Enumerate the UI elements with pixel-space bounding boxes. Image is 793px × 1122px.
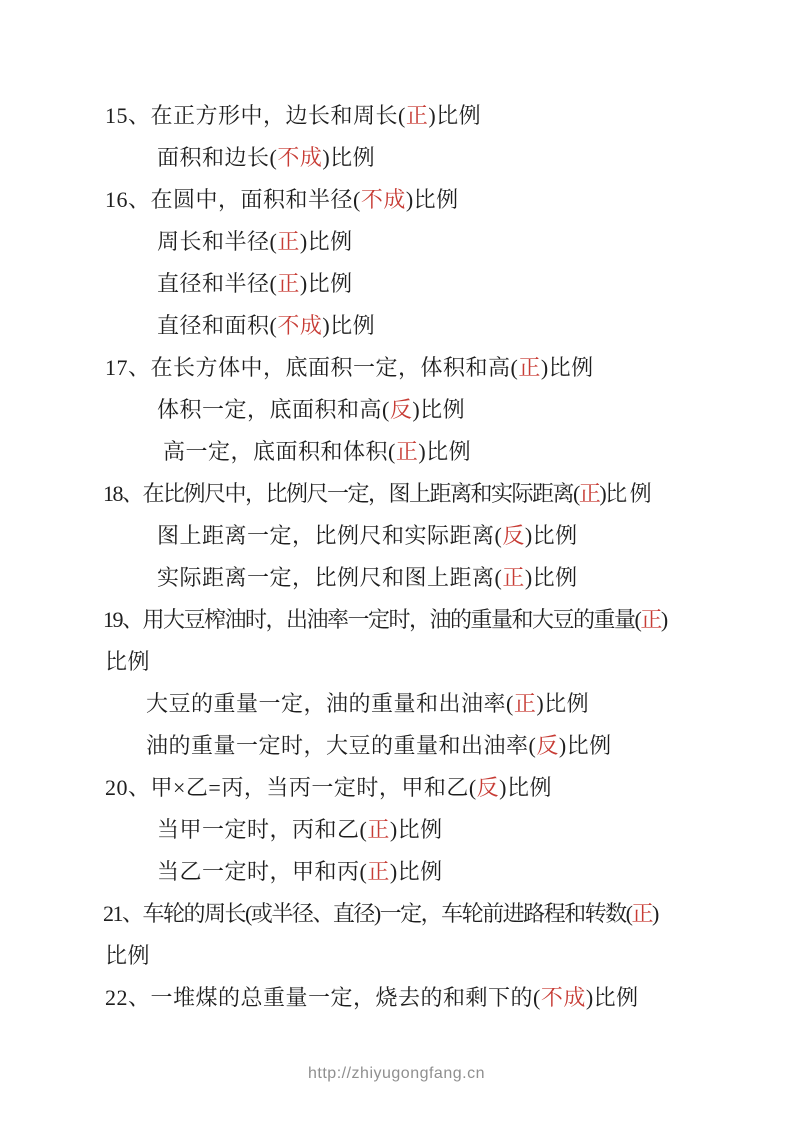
answer-text: 正	[277, 271, 300, 296]
text-line: 当甲一定时，丙和乙(正)比例	[157, 809, 753, 851]
statement-text: )比例	[300, 271, 353, 296]
footer-watermark-url: http://zhiyugongfang.cn	[0, 1062, 793, 1086]
text-line: 直径和半径(正)比例	[157, 263, 753, 305]
statement-text: 19、用大豆榨油时，出油率一定时，油的重量和大豆的重量(	[103, 607, 640, 632]
text-line: 大豆的重量一定，油的重量和出油率(正)比例	[146, 683, 753, 725]
statement-text: )比例	[390, 817, 443, 842]
answer-text: 正	[406, 103, 429, 128]
text-line: 比例	[105, 935, 753, 977]
text-line: 实际距离一定，比例尺和图上距离(正)比例	[157, 557, 753, 599]
text-line: 15、在正方形中，边长和周长(正)比例	[105, 95, 753, 137]
answer-text: 不成	[361, 187, 406, 212]
answer-text: 正	[514, 691, 537, 716]
statement-text: 当甲一定时，丙和乙(	[157, 817, 367, 842]
statement-text: 比例	[105, 943, 150, 968]
statement-text: 图上距离一定，比例尺和实际距离(	[157, 523, 502, 548]
text-line: 22、一堆煤的总重量一定，烧去的和剩下的(不成)比例	[105, 977, 753, 1019]
statement-text: )	[661, 607, 667, 632]
statement-text: 20、甲×乙=丙，当丙一定时，甲和乙(	[105, 775, 477, 800]
answer-text: 正	[518, 355, 541, 380]
answer-text: 反	[536, 733, 559, 758]
text-line: 20、甲×乙=丙，当丙一定时，甲和乙(反)比例	[105, 767, 753, 809]
answer-text: 正	[367, 817, 390, 842]
statement-text: )比例	[300, 229, 353, 254]
answer-text: 反	[390, 397, 413, 422]
text-line: 高一定，底面积和体积(正)比例	[163, 431, 753, 473]
text-line: 油的重量一定时，大豆的重量和出油率(反)比例	[146, 725, 753, 767]
statement-text: )比例	[559, 733, 612, 758]
text-line: 体积一定，底面积和高(反)比例	[157, 389, 753, 431]
statement-text: )比例	[322, 145, 375, 170]
text-line: 16、在圆中，面积和半径(不成)比例	[105, 179, 753, 221]
statement-text: 直径和面积(	[157, 313, 277, 338]
statement-text: 大豆的重量一定，油的重量和出油率(	[146, 691, 514, 716]
statement-text: )比例	[541, 355, 594, 380]
statement-text: 面积和边长(	[157, 145, 277, 170]
statement-text: 体积一定，底面积和高(	[157, 397, 390, 422]
statement-text: 直径和半径(	[157, 271, 277, 296]
statement-text: )比例	[406, 187, 459, 212]
statement-text: 21、车轮的周长(或半径、直径)一定，车轮前进路程和转数(	[103, 901, 631, 926]
answer-text: 不成	[277, 313, 322, 338]
text-line: 21、车轮的周长(或半径、直径)一定，车轮前进路程和转数(正)	[103, 893, 753, 935]
statement-text: )比例	[322, 313, 375, 338]
answer-text: 正	[367, 859, 390, 884]
answer-text: 反	[477, 775, 500, 800]
statement-text: 18、在比例尺中，比例尺一定，图上距离和实际距离(	[103, 481, 579, 506]
answer-text: 反	[502, 523, 525, 548]
statement-text: 22、一堆煤的总重量一定，烧去的和剩下的(	[105, 985, 541, 1010]
statement-text: )比例	[412, 397, 465, 422]
statement-text: 比例	[105, 649, 150, 674]
text-line: 比例	[105, 641, 753, 683]
statement-text: 油的重量一定时，大豆的重量和出油率(	[146, 733, 536, 758]
statement-text: )比例	[390, 859, 443, 884]
statement-text: )比例	[428, 103, 481, 128]
statement-text: )比例	[525, 565, 578, 590]
statement-text: 当乙一定时，甲和丙(	[157, 859, 367, 884]
answer-text: 正	[396, 439, 419, 464]
text-line: 18、在比例尺中，比例尺一定，图上距离和实际距离(正)比 例	[103, 473, 753, 515]
answer-text: 正	[640, 607, 661, 632]
statement-text: 16、在圆中，面积和半径(	[105, 187, 361, 212]
text-line: 周长和半径(正)比例	[157, 221, 753, 263]
statement-text: )比例	[499, 775, 552, 800]
answer-text: 不成	[277, 145, 322, 170]
statement-text: )比例	[536, 691, 589, 716]
statement-text: )	[652, 901, 658, 926]
answer-text: 正	[502, 565, 525, 590]
statement-text: 周长和半径(	[157, 229, 277, 254]
text-line: 图上距离一定，比例尺和实际距离(反)比例	[157, 515, 753, 557]
statement-text: )比例	[418, 439, 471, 464]
statement-text: 高一定，底面积和体积(	[163, 439, 396, 464]
document-body: 15、在正方形中，边长和周长(正)比例面积和边长(不成)比例16、在圆中，面积和…	[103, 95, 753, 1019]
statement-text: )比例	[586, 985, 639, 1010]
statement-text: 15、在正方形中，边长和周长(	[105, 103, 406, 128]
text-line: 当乙一定时，甲和丙(正)比例	[157, 851, 753, 893]
text-line: 面积和边长(不成)比例	[157, 137, 753, 179]
text-line: 19、用大豆榨油时，出油率一定时，油的重量和大豆的重量(正)	[103, 599, 753, 641]
statement-text: )比 例	[599, 481, 650, 506]
statement-text: 17、在长方体中，底面积一定，体积和高(	[105, 355, 518, 380]
statement-text: )比例	[525, 523, 578, 548]
answer-text: 正	[631, 901, 652, 926]
text-line: 17、在长方体中，底面积一定，体积和高(正)比例	[105, 347, 753, 389]
answer-text: 不成	[541, 985, 586, 1010]
answer-text: 正	[579, 481, 600, 506]
document-page: 15、在正方形中，边长和周长(正)比例面积和边长(不成)比例16、在圆中，面积和…	[0, 0, 793, 1122]
answer-text: 正	[277, 229, 300, 254]
text-line: 直径和面积(不成)比例	[157, 305, 753, 347]
statement-text: 实际距离一定，比例尺和图上距离(	[157, 565, 502, 590]
